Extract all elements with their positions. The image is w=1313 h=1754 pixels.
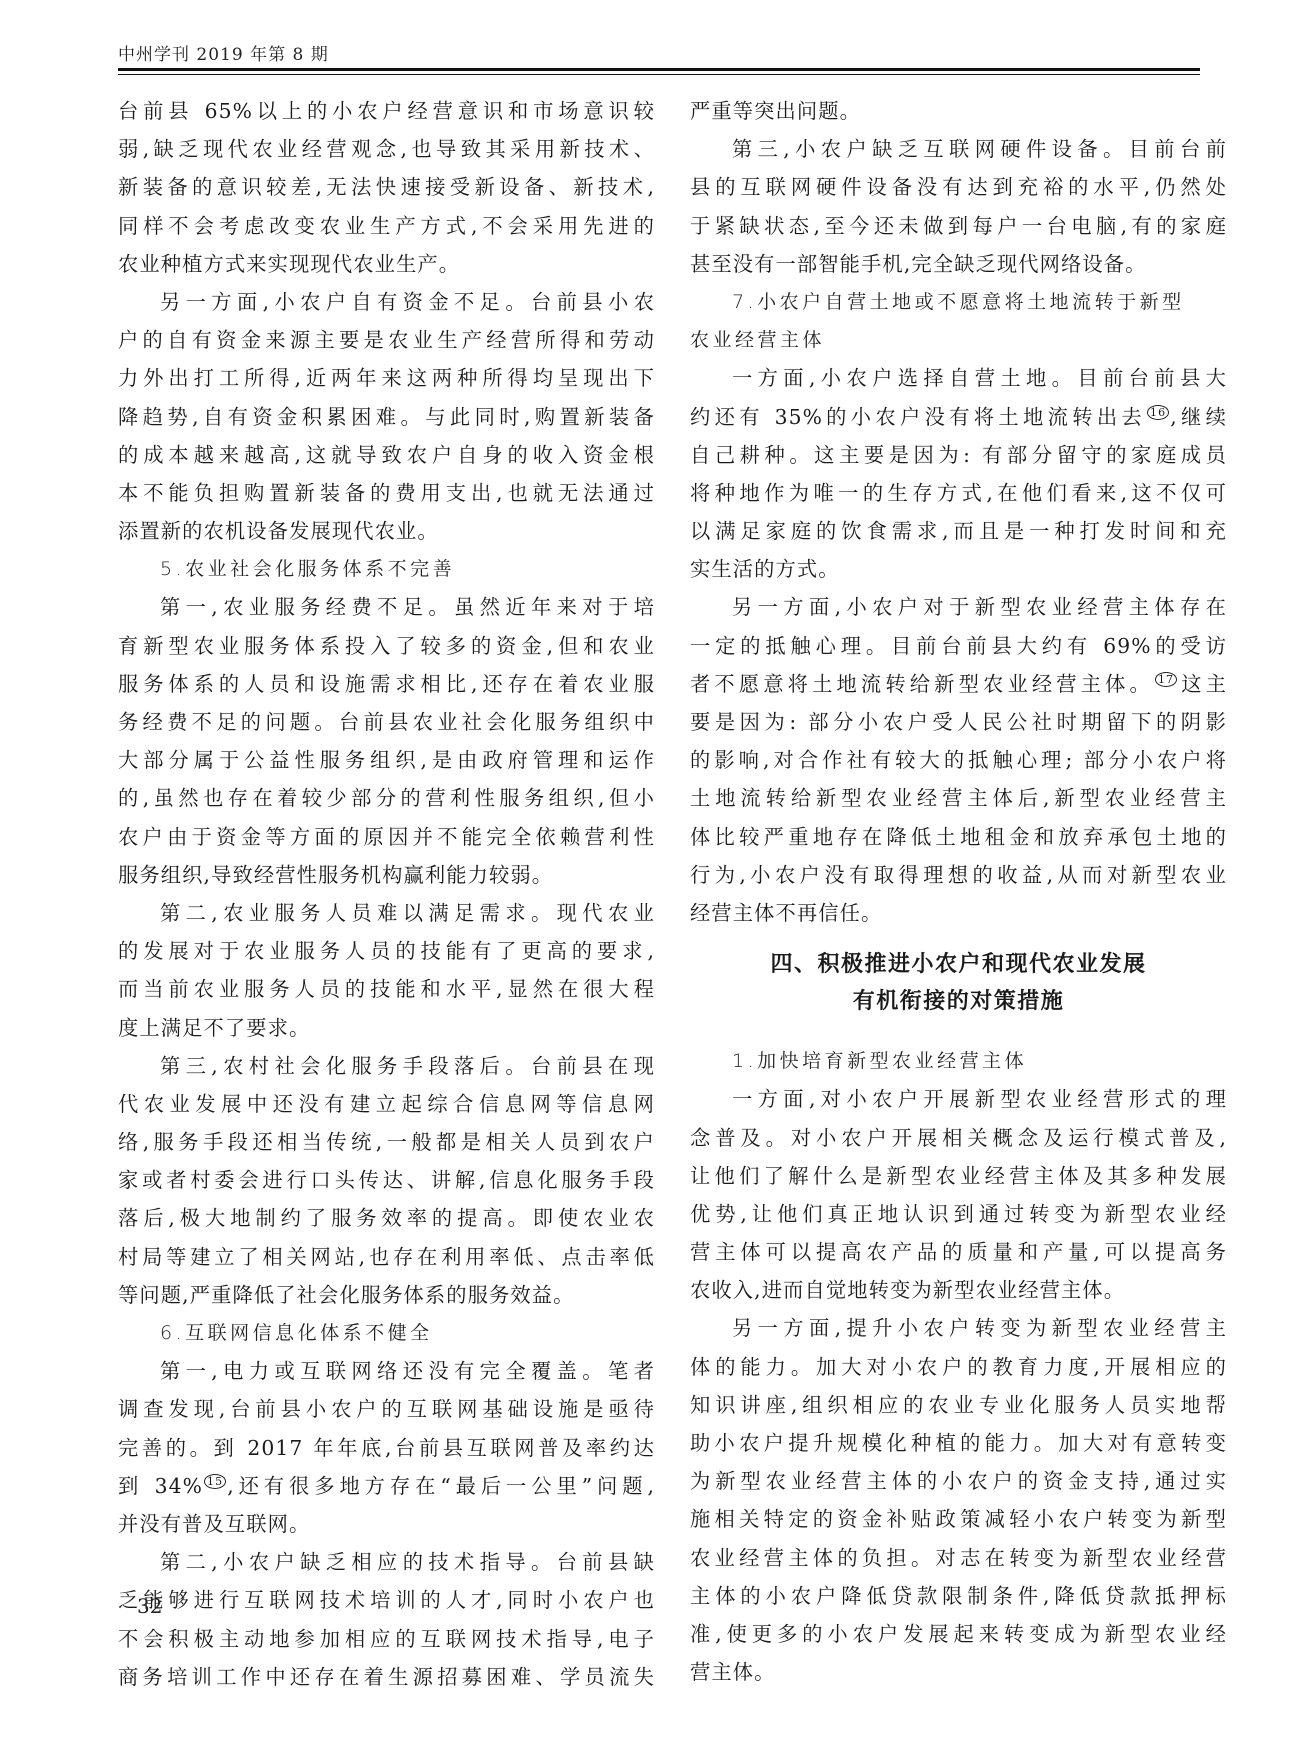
subheading-7: 7.小农户自营土地或不愿意将土地流转于新型 bbox=[690, 283, 1227, 321]
text-line: 服务组织,导致经营性服务机构赢利能力较弱。 bbox=[118, 856, 655, 894]
text-line-with-footnote: 约还有 35%的小农户没有将土地流转出去16,继续 bbox=[690, 398, 1227, 436]
text-segment: ,继续 bbox=[1170, 405, 1227, 429]
text-line: 同样不会考虑改变农业生产方式,不会采用先进的 bbox=[118, 207, 655, 245]
text-line: 将种地作为唯一的生存方式,在他们看来,这不仅可 bbox=[690, 474, 1227, 512]
text-segment: 这主 bbox=[1178, 672, 1227, 696]
text-line: 第二,小农户缺乏相应的技术指导。台前县缺 bbox=[118, 1543, 655, 1581]
subheading-6: 6.互联网信息化体系不健全 bbox=[118, 1314, 655, 1352]
subheading-7-cont: 农业经营主体 bbox=[690, 321, 1227, 359]
header-rule-thin bbox=[118, 74, 1200, 75]
text-line: 营主体可以提高农产品的质量和产量,可以提高务 bbox=[690, 1233, 1227, 1271]
text-line: 经营主体不再信任。 bbox=[690, 894, 1227, 932]
text-line: 弱,缺乏现代农业经营观念,也导致其采用新技术、 bbox=[118, 130, 655, 168]
text-line: 另一方面,小农户自有资金不足。台前县小农 bbox=[118, 283, 655, 321]
text-line: 甚至没有一部智能手机,完全缺乏现代网络设备。 bbox=[690, 245, 1227, 283]
text-line: 添置新的农机设备发展现代农业。 bbox=[118, 512, 655, 550]
footnote-marker-17[interactable]: 17 bbox=[1155, 672, 1177, 687]
paragraph: 另一方面,提升小农户转变为新型农业经营主 体的能力。加大对小农户的教育力度,开展… bbox=[690, 1309, 1227, 1691]
paragraph: 台前县 65%以上的小农户经营意识和市场意识较 弱,缺乏现代农业经营观念,也导致… bbox=[118, 92, 655, 283]
text-line: 等问题,严重降低了社会化服务体系的服务效益。 bbox=[118, 1276, 655, 1314]
text-line: 优势,让他们真正地认识到通过转变为新型农业经 bbox=[690, 1195, 1227, 1233]
text-line: 以满足家庭的饮食需求,而且是一种打发时间和充 bbox=[690, 512, 1227, 550]
text-line: 要是因为: 部分小农户受人民公社时期留下的阴影 bbox=[690, 703, 1227, 741]
text-line: 另一方面,小农户对于新型农业经营主体存在 bbox=[690, 588, 1227, 626]
text-line: 度上满足不了要求。 bbox=[118, 1009, 655, 1047]
text-line: 完善的。到 2017 年年底,台前县互联网普及率约达 bbox=[118, 1429, 655, 1467]
text-line: 不会积极主动地参加相应的互联网技术指导,电子 bbox=[118, 1620, 655, 1658]
section-heading: 四、积极推进小农户和现代农业发展 有机衔接的对策措施 bbox=[690, 932, 1227, 1042]
paragraph: 一方面,小农户选择自营土地。目前台前县大 约还有 35%的小农户没有将土地流转出… bbox=[690, 359, 1227, 588]
paragraph: 第一,电力或互联网络还没有完全覆盖。笔者 调查发现,台前县小农户的互联网基础设施… bbox=[118, 1352, 655, 1543]
text-line: 新装备的意识较差,无法快速接受新设备、新技术, bbox=[118, 168, 655, 206]
text-line: 一定的抵触心理。目前台前县大约有 69%的受访 bbox=[690, 627, 1227, 665]
text-line: 村局等建立了相关网站,也存在利用率低、点击率低 bbox=[118, 1238, 655, 1276]
page-number: 32 bbox=[137, 1594, 162, 1618]
text-line: 一方面,对小农户开展新型农业经营形式的理 bbox=[690, 1080, 1227, 1118]
text-line: 调查发现,台前县小农户的互联网基础设施是亟待 bbox=[118, 1390, 655, 1428]
text-line: 土地流转给新型农业经营主体后,新型农业经营主 bbox=[690, 779, 1227, 817]
paragraph: 第一,农业服务经费不足。虽然近年来对于培 育新型农业服务体系投入了较多的资金,但… bbox=[118, 588, 655, 894]
text-line: 第一,电力或互联网络还没有完全覆盖。笔者 bbox=[118, 1352, 655, 1390]
text-line: 农业种植方式来实现现代农业生产。 bbox=[118, 245, 655, 283]
text-line: 降趋势,自有资金积累困难。与此同时,购置新装备 bbox=[118, 398, 655, 436]
text-line: 让他们了解什么是新型农业经营主体及其多种发展 bbox=[690, 1157, 1227, 1195]
text-line: 县的互联网硬件设备没有达到充裕的水平,仍然处 bbox=[690, 168, 1227, 206]
text-line: 第一,农业服务经费不足。虽然近年来对于培 bbox=[118, 588, 655, 626]
text-line: 严重等突出问题。 bbox=[690, 92, 1227, 130]
text-line: 台前县 65%以上的小农户经营意识和市场意识较 bbox=[118, 92, 655, 130]
paragraph: 另一方面,小农户自有资金不足。台前县小农 户的自有资金来源主要是农业生产经营所得… bbox=[118, 283, 655, 550]
paragraph: 一方面,对小农户开展新型农业经营形式的理 念普及。对小农户开展相关概念及运行模式… bbox=[690, 1080, 1227, 1309]
text-line: 务经费不足的问题。台前县农业社会化服务组织中 bbox=[118, 703, 655, 741]
paragraph: 第二,小农户缺乏相应的技术指导。台前县缺 乏能够进行互联网技术培训的人才,同时小… bbox=[118, 1543, 655, 1696]
text-line: 大部分属于公益性服务组织,是由政府管理和运作 bbox=[118, 741, 655, 779]
paragraph: 第三,小农户缺乏互联网硬件设备。目前台前 县的互联网硬件设备没有达到充裕的水平,… bbox=[690, 130, 1227, 283]
text-line: 并没有普及互联网。 bbox=[118, 1505, 655, 1543]
text-line-with-footnote: 到 34%15,还有很多地方存在“最后一公里”问题, bbox=[118, 1467, 655, 1505]
text-line: 准,使更多的小农户发展起来转变成为新型农业经 bbox=[690, 1615, 1227, 1653]
text-line: 行为,小农户没有取得理想的收益,从而对新型农业 bbox=[690, 856, 1227, 894]
text-line: 的成本越来越高,这就导致农户自身的收入资金根 bbox=[118, 436, 655, 474]
text-segment: 到 34% bbox=[118, 1474, 203, 1498]
subheading-1: 1.加快培育新型农业经营主体 bbox=[690, 1042, 1227, 1080]
text-line: 的发展对于农业服务人员的技能有了更高的要求, bbox=[118, 932, 655, 970]
text-segment: 约还有 35%的小农户没有将土地流转出去 bbox=[690, 405, 1146, 429]
text-line: 家或者村委会进行口头传达、讲解,信息化服务手段 bbox=[118, 1161, 655, 1199]
text-line: 的影响,对合作社有较大的抵触心理; 部分小农户将 bbox=[690, 741, 1227, 779]
text-line: 体的能力。加大对小农户的教育力度,开展相应的 bbox=[690, 1348, 1227, 1386]
text-line: 营主体。 bbox=[690, 1653, 1227, 1691]
footnote-marker-15[interactable]: 15 bbox=[204, 1474, 226, 1489]
left-column: 台前县 65%以上的小农户经营意识和市场意识较 弱,缺乏现代农业经营观念,也导致… bbox=[118, 92, 655, 1696]
paragraph: 第二,农业服务人员难以满足需求。现代农业 的发展对于农业服务人员的技能有了更高的… bbox=[118, 894, 655, 1047]
text-line: 知识讲座,组织相应的农业专业化服务人员实地帮 bbox=[690, 1386, 1227, 1424]
text-line: 第二,农业服务人员难以满足需求。现代农业 bbox=[118, 894, 655, 932]
text-line: 服务体系的人员和设施需求相比,还存在着农业服 bbox=[118, 665, 655, 703]
header-rule-thick bbox=[118, 68, 1200, 71]
section-heading-line: 有机衔接的对策措施 bbox=[690, 983, 1227, 1020]
right-column: 严重等突出问题。 第三,小农户缺乏互联网硬件设备。目前台前 县的互联网硬件设备没… bbox=[690, 92, 1227, 1691]
text-line: 络,服务手段还相当传统,一般都是相关人员到农户 bbox=[118, 1123, 655, 1161]
text-line: 第三,小农户缺乏互联网硬件设备。目前台前 bbox=[690, 130, 1227, 168]
text-line: 念普及。对小农户开展相关概念及运行模式普及, bbox=[690, 1119, 1227, 1157]
text-segment: ,还有很多地方存在“最后一公里”问题, bbox=[227, 1474, 655, 1498]
text-line: 乏能够进行互联网技术培训的人才,同时小农户也 bbox=[118, 1581, 655, 1619]
text-line: 商务培训工作中还存在着生源招募困难、学员流失 bbox=[118, 1658, 655, 1696]
footnote-marker-16[interactable]: 16 bbox=[1147, 405, 1169, 420]
text-line: 体比较严重地存在降低土地租金和放弃承包土地的 bbox=[690, 818, 1227, 856]
text-line: 自己耕种。这主要是因为: 有部分留守的家庭成员 bbox=[690, 436, 1227, 474]
paragraph: 第三,农村社会化服务手段落后。台前县在现 代农业发展中还没有建立起综合信息网等信… bbox=[118, 1047, 655, 1314]
text-line: 农户由于资金等方面的原因并不能完全依赖营利性 bbox=[118, 818, 655, 856]
section-heading-line: 四、积极推进小农户和现代农业发展 bbox=[690, 946, 1227, 983]
text-line-with-footnote: 者不愿意将土地流转给新型农业经营主体。17这主 bbox=[690, 665, 1227, 703]
text-segment: 者不愿意将土地流转给新型农业经营主体。 bbox=[690, 672, 1154, 696]
text-line: 代农业发展中还没有建立起综合信息网等信息网 bbox=[118, 1085, 655, 1123]
text-line: 户的自有资金来源主要是农业生产经营所得和劳动 bbox=[118, 321, 655, 359]
text-line: 实生活的方式。 bbox=[690, 550, 1227, 588]
text-line: 主体的小农户降低贷款限制条件,降低贷款抵押标 bbox=[690, 1577, 1227, 1615]
text-line: 落后,极大地制约了服务效率的提高。即使农业农 bbox=[118, 1199, 655, 1237]
subheading-5: 5.农业社会化服务体系不完善 bbox=[118, 550, 655, 588]
running-head: 中州学刊 2019 年第 8 期 bbox=[118, 40, 329, 65]
text-line: 农收入,进而自觉地转变为新型农业经营主体。 bbox=[690, 1271, 1227, 1309]
text-line: 农业经营主体的负担。对志在转变为新型农业经营 bbox=[690, 1539, 1227, 1577]
text-line: 另一方面,提升小农户转变为新型农业经营主 bbox=[690, 1309, 1227, 1347]
text-line: 施相关特定的资金补贴政策减轻小农户转变为新型 bbox=[690, 1500, 1227, 1538]
text-line: 助小农户提升规模化种植的能力。加大对有意转变 bbox=[690, 1424, 1227, 1462]
text-line: 育新型农业服务体系投入了较多的资金,但和农业 bbox=[118, 627, 655, 665]
text-line: 的,虽然也存在着较少部分的营利性服务组织,但小 bbox=[118, 779, 655, 817]
text-line: 于紧缺状态,至今还未做到每户一台电脑,有的家庭 bbox=[690, 207, 1227, 245]
text-line: 力外出打工所得,近两年来这两种所得均呈现出下 bbox=[118, 359, 655, 397]
text-line: 为新型农业经营主体的小农户的资金支持,通过实 bbox=[690, 1462, 1227, 1500]
text-line: 第三,农村社会化服务手段落后。台前县在现 bbox=[118, 1047, 655, 1085]
text-line: 而当前农业服务人员的技能和水平,显然在很大程 bbox=[118, 970, 655, 1008]
paragraph: 另一方面,小农户对于新型农业经营主体存在 一定的抵触心理。目前台前县大约有 69… bbox=[690, 588, 1227, 932]
text-line: 本不能负担购置新装备的费用支出,也就无法通过 bbox=[118, 474, 655, 512]
text-line: 一方面,小农户选择自营土地。目前台前县大 bbox=[690, 359, 1227, 397]
